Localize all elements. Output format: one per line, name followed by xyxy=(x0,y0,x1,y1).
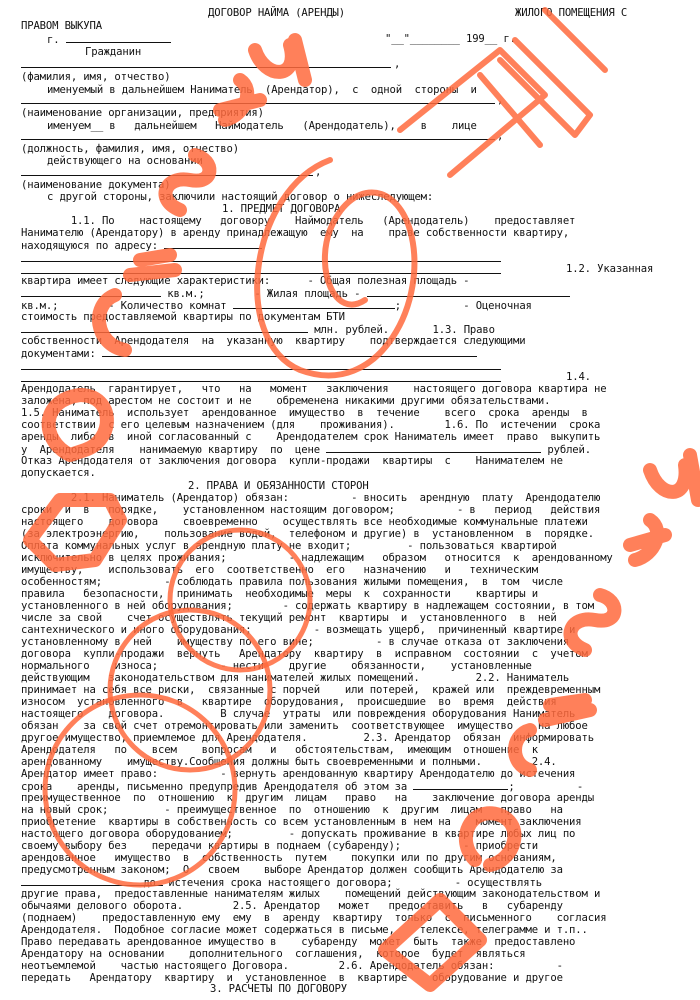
section-2-line: на новый срок; - преимущественное по отн… xyxy=(21,804,563,816)
city-field: г. xyxy=(47,33,171,45)
section-2-line: числе за свой счет осуществлять текущий … xyxy=(21,612,557,624)
section-2-line: правила безопасности, принимать необходи… xyxy=(21,588,538,600)
rooms-blank[interactable] xyxy=(233,299,395,309)
value-field: млн. рублей. 1.3. Право xyxy=(21,323,495,335)
address-blank-2[interactable] xyxy=(21,261,501,262)
hint-org: (наименование организации, предприятия) xyxy=(21,107,264,119)
area-field: кв.м.; - Жилая площадь - xyxy=(21,287,570,299)
clause-1-4-label: 1.4. xyxy=(566,371,591,383)
clause-line: допускается. xyxy=(21,467,96,479)
section-2-line: износом установленного в квартире оборуд… xyxy=(21,696,557,708)
basis-line: действующего на основании xyxy=(47,155,203,167)
section-2-line: до истечения срока настоящего договора; … xyxy=(21,876,542,888)
section-2-title: 2. ПРАВА И ОБЯЗАННОСТИ СТОРОН xyxy=(188,480,369,492)
living-area-blank[interactable] xyxy=(367,287,570,297)
hint-fio: (фамилия, имя, отчество) xyxy=(21,71,170,83)
value-blank[interactable] xyxy=(21,323,308,333)
section-2-line: имуществу, использовать его соответствен… xyxy=(21,564,538,576)
section-2-line: сантехнического и иного оборудования; - … xyxy=(21,624,575,636)
clause-1-3-line: собственности Арендодателя на указанную … xyxy=(21,335,525,347)
agreement-line: с другой стороны, заключили настоящий до… xyxy=(47,191,433,203)
section-1-title: 1. ПРЕДМЕТ ДОГОВОРА xyxy=(222,203,340,215)
landlord-line: именуем__ в дальнейшем Наймодатель (Арен… xyxy=(47,120,477,132)
section-2-line: действующим законодательством для нанима… xyxy=(21,672,569,684)
clause-1-1-line: Нанимателю (Арендатору) в аренду принадл… xyxy=(21,227,569,239)
clause-line: Арендодатель гарантирует, что на момент … xyxy=(21,383,606,395)
notice-period-blank[interactable] xyxy=(413,780,508,790)
section-2-line: преимущественное по отношению к другим л… xyxy=(21,792,594,804)
org-blank[interactable] xyxy=(21,103,495,104)
documents-blank-3[interactable] xyxy=(21,381,501,382)
total-area-blank[interactable] xyxy=(21,287,161,297)
section-2-line: Арендатор имеет право: - вернуть арендов… xyxy=(21,768,575,780)
price-blank[interactable] xyxy=(326,443,541,453)
section-2-line: договора купли-продажи вернуть Арендатор… xyxy=(21,648,588,660)
rooms-field: кв.м.; - Количество комнат ; - Оценочная xyxy=(21,299,532,311)
position-blank[interactable] xyxy=(21,139,495,140)
section-2-line: (поднаем) предоставленную ему ему в арен… xyxy=(21,912,606,924)
fio-blank[interactable] xyxy=(21,67,391,68)
section-2-line: срока аренды, письменно предупредив Арен… xyxy=(21,780,583,792)
section-2-line: Оплата коммунальных услуг в арендную пла… xyxy=(21,540,557,552)
section-2-line: настоящего договора оборудованием; - доп… xyxy=(21,828,575,840)
clause-line: аренды либо в иной согласованный с Аренд… xyxy=(21,431,600,443)
section-2-line: исключительно в целях проживания; - надл… xyxy=(21,552,613,564)
section-2-line: обычаями делового оборота. 2.5. Арендато… xyxy=(21,900,563,912)
section-2-line: 2.1. Наниматель (Арендатор) обязан: - вн… xyxy=(21,492,600,504)
section-2-line: особенностям; - соблюдать правила пользо… xyxy=(21,576,563,588)
section-2-line: настоящего договора своевременно осущест… xyxy=(21,516,588,528)
section-2-line: приобретение квартиры в собственность со… xyxy=(21,816,582,828)
section-2-line: другое имущество, приемлемое для Арендод… xyxy=(21,732,594,744)
section-2-line: предусмотренным законом; О своем выборе … xyxy=(21,864,563,876)
citizen-label: Гражданин xyxy=(85,46,141,58)
documents-field: документами: xyxy=(21,347,477,359)
clause-line: 1.5. Наниматель использует арендованное … xyxy=(21,407,588,419)
clause-line: заложена, под арестом не состоит и не об… xyxy=(21,395,550,407)
clause-1-2-line: стоимость предоставляемой квартиры по до… xyxy=(21,311,345,323)
clause-line: соответствии с его целевым назначением (… xyxy=(21,419,600,431)
contract-page: ДОГОВОР НАЙМА (АРЕНДЫ) ЖИЛОГО ПОМЕЩЕНИЯ … xyxy=(0,0,700,1000)
address-field: находящуюся по адресу: xyxy=(21,239,262,251)
documents-blank-2[interactable] xyxy=(21,369,501,370)
basis-blank[interactable] xyxy=(21,175,313,176)
section-2-line: сроки и в порядке, установленном настоящ… xyxy=(21,504,600,516)
section-2-line: принимает на себя все риски, связанные с… xyxy=(21,684,600,696)
price-field: у Арендодателя нанимаемую квартиру по це… xyxy=(21,443,591,455)
clause-1-2-line: квартира имеет следующие характеристики:… xyxy=(21,275,469,287)
section-2-line: своему выбору без передачи квартиры в по… xyxy=(21,840,538,852)
section-2-line: другие права, предоставленные нанимателя… xyxy=(21,888,600,900)
section-2-line: установленному в ней имуществу по его ви… xyxy=(21,636,569,648)
tenant-line: именуемый в дальнейшем Наниматель (Аренд… xyxy=(47,84,477,96)
section-2-line: Арендатору на основании дополнительного … xyxy=(21,948,525,960)
address-blank-3[interactable] xyxy=(21,273,501,274)
section-2-line: установленного в ней оборудования; - сод… xyxy=(21,600,594,612)
section-2-line: неотъемлемой частью настоящего Договора.… xyxy=(21,960,563,972)
section-2-line: Арендодателя. Подобное согласие может со… xyxy=(21,924,588,936)
address-blank[interactable] xyxy=(164,239,262,249)
document-title-line2: ПРАВОМ ВЫКУПА xyxy=(21,20,102,32)
section-2-line: арендованное имущество в собственность п… xyxy=(21,852,557,864)
hint-doc: (наименование документа) xyxy=(21,179,170,191)
section-2-line: арендованному имуществу.Сообщения должны… xyxy=(21,756,557,768)
hint-position: (должность, фамилия, имя, отчество) xyxy=(21,143,239,155)
date-field: "__"________ 199__ г. xyxy=(385,33,516,45)
document-title: ДОГОВОР НАЙМА (АРЕНДЫ) xyxy=(208,7,345,19)
section-2-line: настоящего договора. В случае утраты или… xyxy=(21,708,575,720)
section-2-line: (за электроэнергию, пользование водой, т… xyxy=(21,528,594,540)
section-2-line: нормального износа; - нести другие обяза… xyxy=(21,660,532,672)
documents-blank[interactable] xyxy=(102,347,477,357)
section-3-title: 3. РАСЧЕТЫ ПО ДОГОВОРУ xyxy=(210,983,347,995)
section-2-line: Арендодателя по всем вопросам и обстояте… xyxy=(21,744,538,756)
clause-line: Отказ Арендодателя от заключения договор… xyxy=(21,455,563,467)
clause-1-2-label: 1.2. Указанная xyxy=(566,263,653,275)
clause-1-1-line: 1.1. По настоящему договору Наймодатель … xyxy=(21,215,575,227)
city-blank[interactable] xyxy=(66,33,171,43)
section-2-line: Право передавать арендованное имущество … xyxy=(21,936,575,948)
document-title-tail: ЖИЛОГО ПОМЕЩЕНИЯ С xyxy=(515,7,627,19)
section-2-line: обязан за свой счет отремонтировать или … xyxy=(21,720,588,732)
